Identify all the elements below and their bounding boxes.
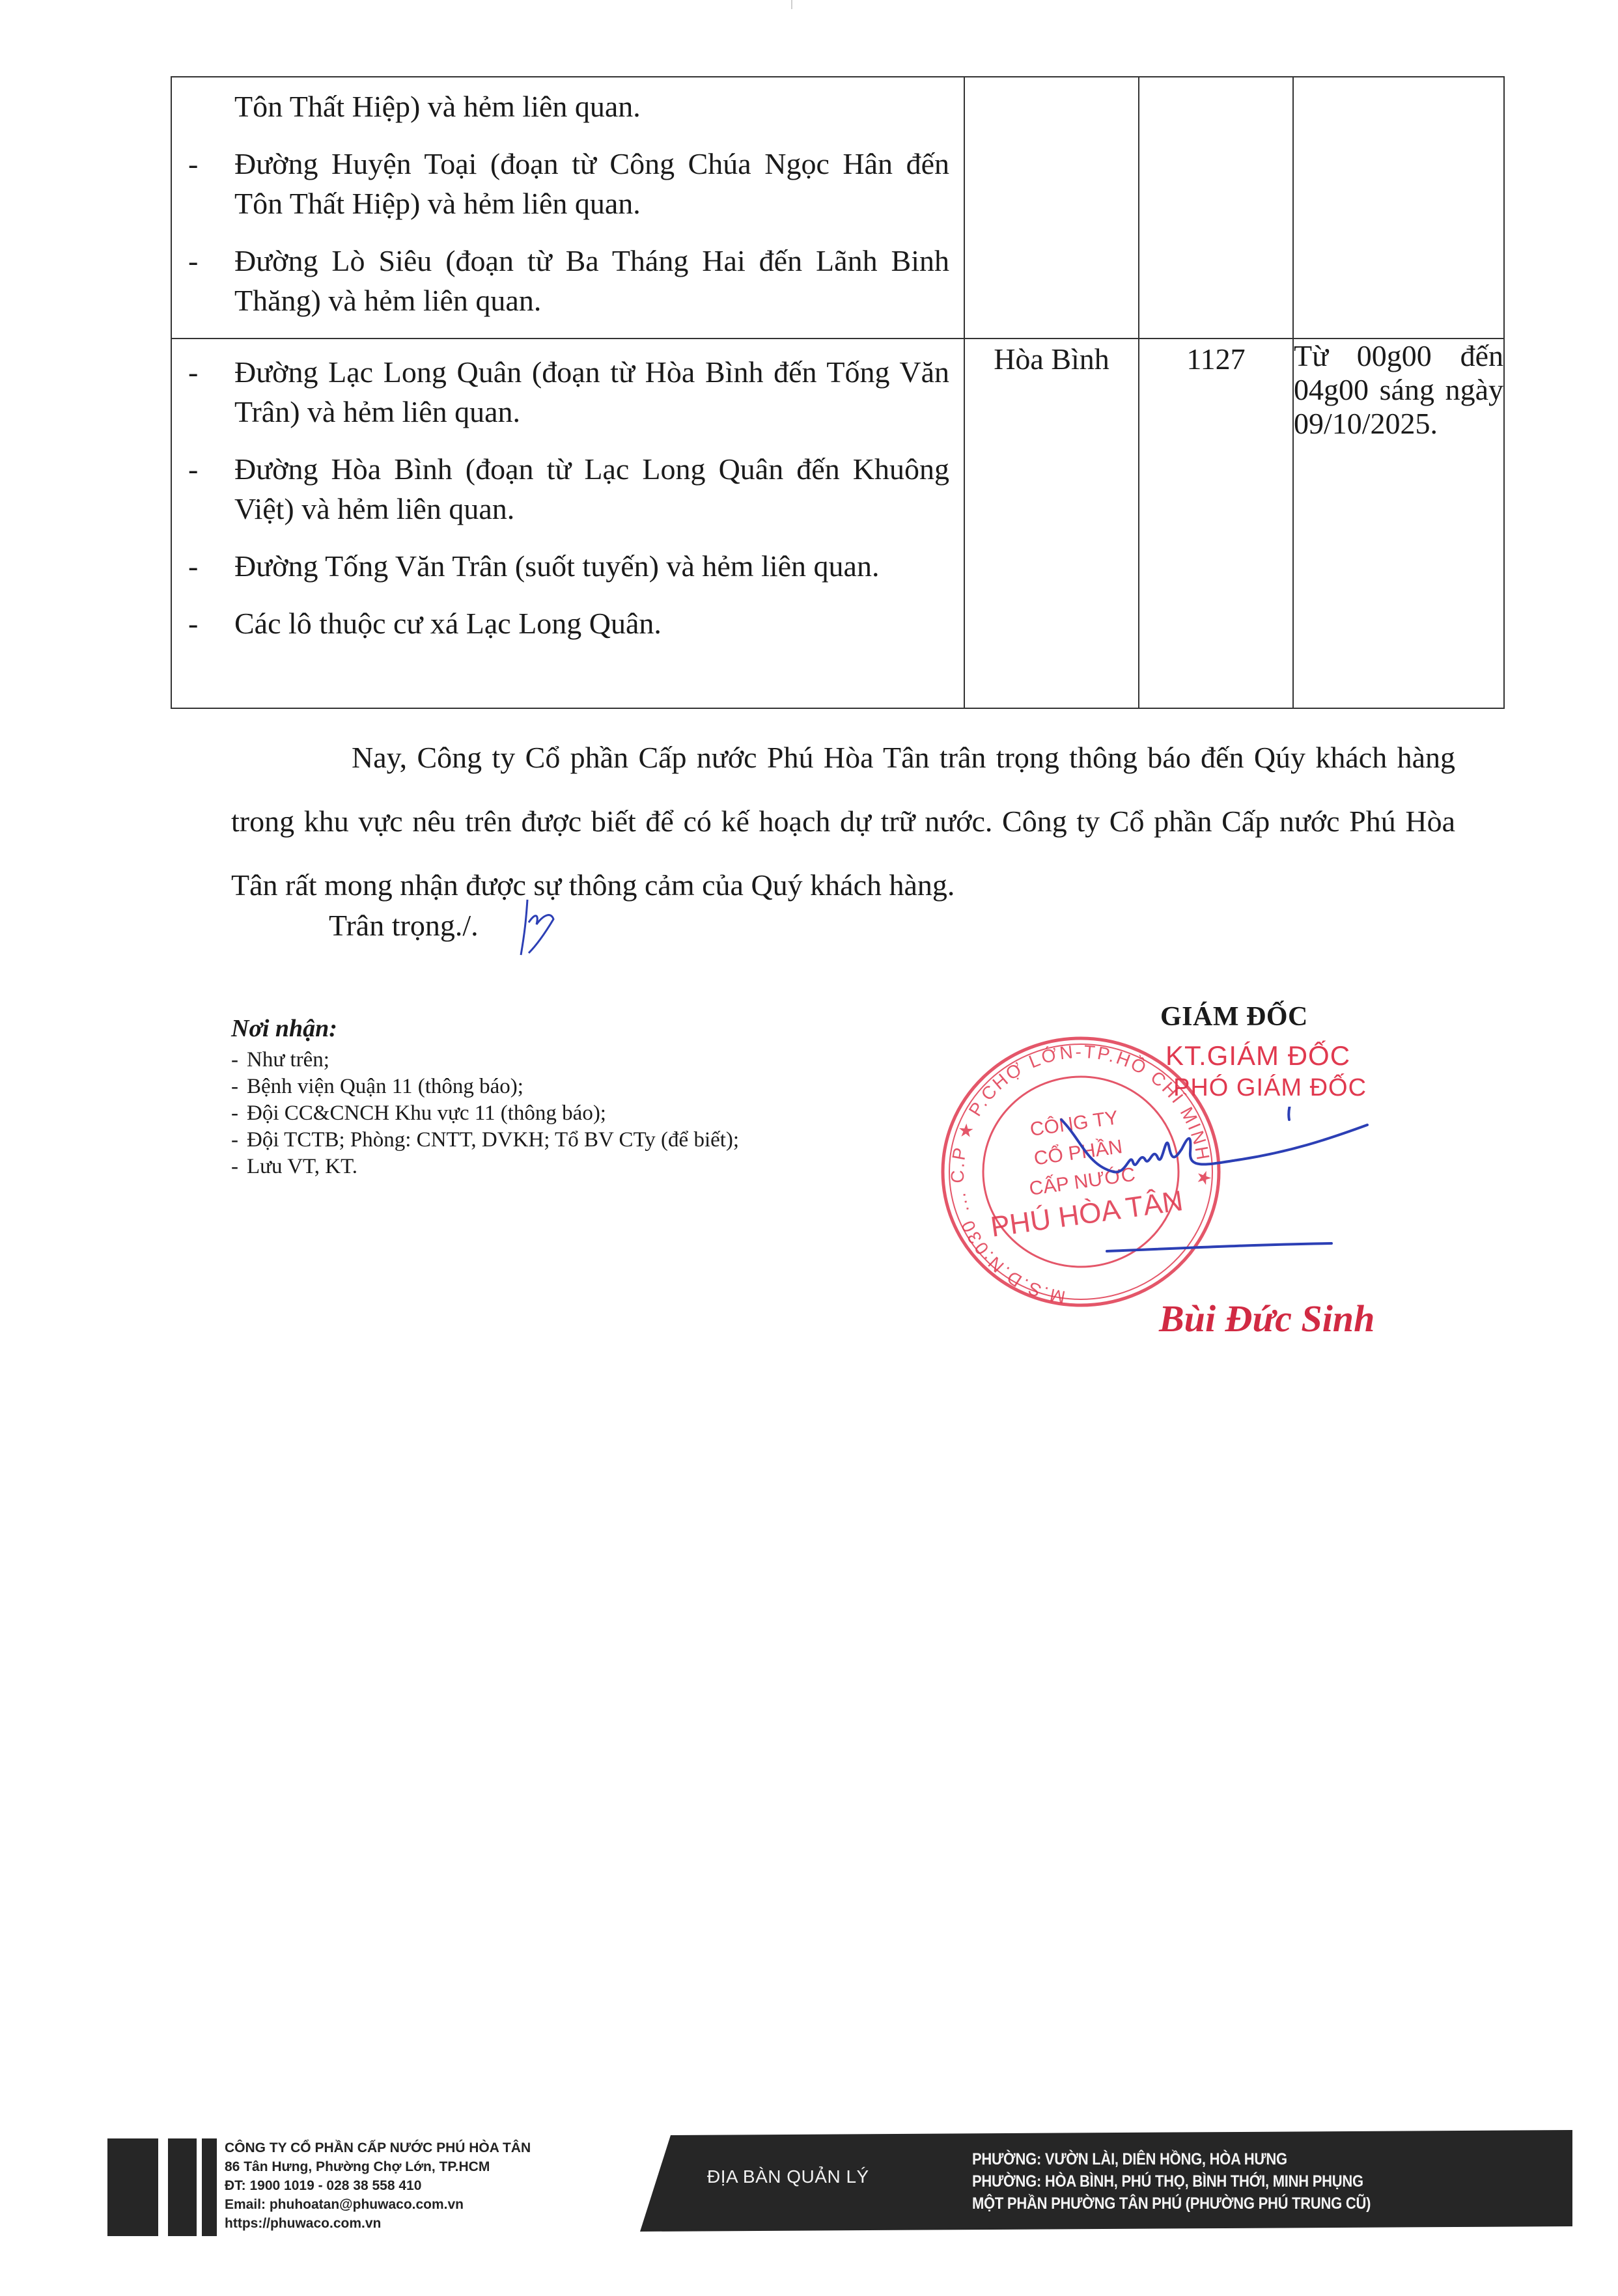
affected-streets-cell: Tôn Thất Hiệp) và hẻm liên quan. -Đường … <box>171 77 964 339</box>
service-area-band: ĐỊA BÀN QUẢN LÝ PHƯỜNG: VƯỜN LÀI, DIÊN H… <box>640 2130 1572 2232</box>
logo-bar <box>168 2138 197 2236</box>
bullet-dash: - <box>188 144 198 184</box>
table-row: Tôn Thất Hiệp) và hẻm liên quan. -Đường … <box>171 77 1504 339</box>
recipients-block: Nơi nhận: -Như trên; -Bệnh viện Quận 11 … <box>231 1014 739 1180</box>
list-item: -Đường Hòa Bình (đoạn từ Lạc Long Quân đ… <box>172 449 964 529</box>
logo-bar <box>107 2138 158 2236</box>
list-item: -Bệnh viện Quận 11 (thông báo); <box>231 1073 739 1100</box>
recipients-list: -Như trên; -Bệnh viện Quận 11 (thông báo… <box>231 1047 739 1180</box>
list-item: -Đường Tống Văn Trân (suốt tuyến) và hẻm… <box>172 546 964 586</box>
list-item: -Đội CC&CNCH Khu vực 11 (thông báo); <box>231 1100 739 1127</box>
list-item: -Các lô thuộc cư xá Lạc Long Quân. <box>172 603 964 643</box>
bullet-dash: - <box>188 241 198 281</box>
list-item: -Lưu VT, KT. <box>231 1154 739 1180</box>
list-item: -Đội TCTB; Phòng: CNTT, DVKH; Tổ BV CTy … <box>231 1127 739 1154</box>
ward-cell: Hòa Bình <box>964 339 1139 708</box>
street-list: -Đường Lạc Long Quân (đoạn từ Hòa Bình đ… <box>172 339 964 643</box>
bullet-dash: - <box>188 603 198 643</box>
notice-paragraph: Nay, Công ty Cổ phần Cấp nước Phú Hòa Tâ… <box>231 726 1455 917</box>
affected-streets-cell: -Đường Lạc Long Quân (đoạn từ Hòa Bình đ… <box>171 339 964 708</box>
company-logo-bars <box>107 2138 218 2236</box>
list-item: -Đường Huyện Toại (đoạn từ Công Chúa Ngọ… <box>172 144 964 223</box>
on-behalf-title: KT.GIÁM ĐỐC <box>1165 1040 1350 1072</box>
service-area-label: ĐỊA BÀN QUẢN LÝ <box>707 2166 869 2187</box>
outage-time-cell <box>1293 77 1504 339</box>
outage-schedule-table: Tôn Thất Hiệp) và hẻm liên quan. -Đường … <box>171 76 1505 709</box>
signer-name: Bùi Đức Sinh <box>1159 1297 1374 1340</box>
customer-count-cell: 1127 <box>1139 339 1293 708</box>
street-continuation: Tôn Thất Hiệp) và hẻm liên quan. <box>172 87 964 126</box>
customer-count-cell <box>1139 77 1293 339</box>
page-edge-mark <box>791 0 792 9</box>
footer-phone: ĐT: 1900 1019 - 028 38 558 410 <box>225 2176 531 2195</box>
list-item: -Đường Lạc Long Quân (đoạn từ Hòa Bình đ… <box>172 352 964 432</box>
list-item: -Như trên; <box>231 1047 739 1073</box>
ward-line: MỘT PHẦN PHƯỜNG TÂN PHÚ (PHƯỜNG PHÚ TRUN… <box>972 2192 1371 2215</box>
logo-bar <box>202 2138 217 2236</box>
service-area-wards: PHƯỜNG: VƯỜN LÀI, DIÊN HỒNG, HÒA HƯNG PH… <box>972 2148 1425 2215</box>
list-item: -Đường Lò Siêu (đoạn từ Ba Tháng Hai đến… <box>172 241 964 320</box>
street-list: -Đường Huyện Toại (đoạn từ Công Chúa Ngọ… <box>172 144 964 320</box>
ward-cell <box>964 77 1139 339</box>
outage-time-cell: Từ 00g00 đến 04g00 sáng ngày 09/10/2025. <box>1293 339 1504 708</box>
table-row: -Đường Lạc Long Quân (đoạn từ Hòa Bình đ… <box>171 339 1504 708</box>
initials-signature-icon <box>513 893 565 958</box>
handwritten-signature-icon <box>1042 1107 1380 1256</box>
ward-line: PHƯỜNG: VƯỜN LÀI, DIÊN HỒNG, HÒA HƯNG <box>972 2148 1371 2170</box>
footer-company-info: CÔNG TY CỔ PHẦN CẤP NƯỚC PHÚ HÒA TÂN 86 … <box>225 2138 531 2233</box>
bullet-dash: - <box>188 352 198 392</box>
closing-remark: Trân trọng./. <box>329 908 479 943</box>
footer-email[interactable]: Email: phuhoatan@phuwaco.com.vn <box>225 2195 531 2214</box>
footer-company-name: CÔNG TY CỔ PHẦN CẤP NƯỚC PHÚ HÒA TÂN <box>225 2138 531 2157</box>
signatory-title: GIÁM ĐỐC <box>1160 1001 1308 1032</box>
bullet-dash: - <box>188 546 198 586</box>
deputy-title: PHÓ GIÁM ĐỐC <box>1173 1074 1367 1102</box>
recipients-title: Nơi nhận: <box>231 1014 739 1043</box>
bullet-dash: - <box>188 449 198 489</box>
footer-website[interactable]: https://phuwaco.com.vn <box>225 2214 531 2233</box>
footer-address: 86 Tân Hưng, Phường Chợ Lớn, TP.HCM <box>225 2157 531 2176</box>
ward-line: PHƯỜNG: HÒA BÌNH, PHÚ THỌ, BÌNH THỚI, MI… <box>972 2170 1371 2192</box>
